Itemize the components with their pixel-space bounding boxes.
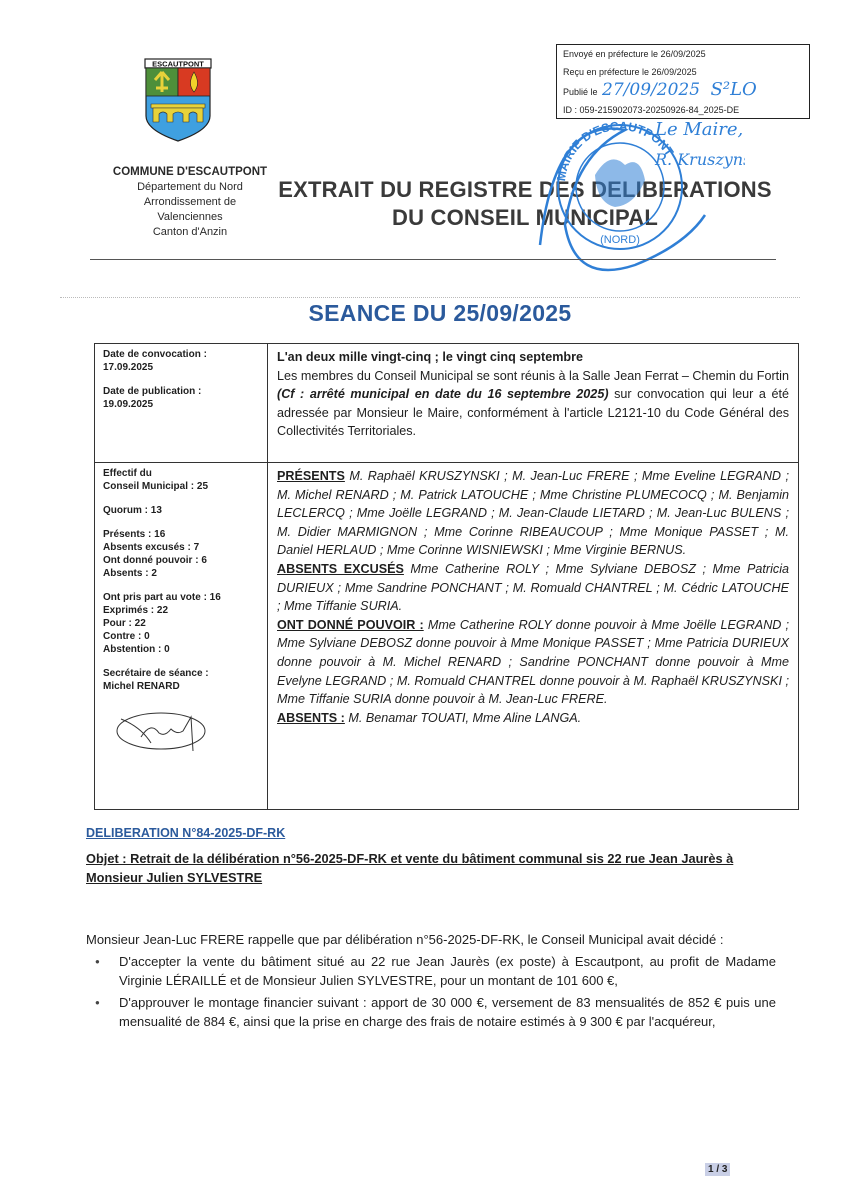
presents-list: PRÉSENTS M. Raphaël KRUSZYNSKI ; M. Jean… (277, 467, 789, 560)
members-lists: PRÉSENTS M. Raphaël KRUSZYNSKI ; M. Jean… (268, 463, 798, 809)
published-tag: S²LO (711, 79, 757, 100)
published-line: Publié le 27/09/2025 S²LO (563, 81, 809, 101)
commune-name: COMMUNE D'ESCAUTPONT (90, 165, 290, 180)
received-date: Reçu en préfecture le 26/09/2025 (563, 64, 809, 81)
svg-text:R. Kruszynski: R. Kruszynski (654, 150, 745, 169)
members-row: Effectif duConseil Municipal : 25 Quorum… (95, 462, 798, 809)
prefecture-receipt-box: Envoyé en préfecture le 26/09/2025 Reçu … (556, 44, 810, 119)
secretary-signature (111, 707, 211, 755)
commune-line: Canton d'Anzin (90, 225, 290, 240)
body-intro: Monsieur Jean-Luc FRERE rappelle que par… (86, 930, 776, 950)
deliberation-body: Monsieur Jean-Luc FRERE rappelle que par… (86, 930, 776, 1034)
coat-of-arms-logo: ESCAUTPONT (143, 58, 213, 142)
published-handwritten-date: 27/09/2025 (602, 80, 700, 100)
commune-line: Valenciennes (90, 210, 290, 225)
commune-line: Département du Nord (90, 180, 290, 195)
secretary-name: Michel RENARD (103, 681, 180, 692)
page-number: 1 / 3 (705, 1163, 730, 1176)
convocation-date: 17.09.2025 (103, 362, 153, 373)
list-item: D'accepter la vente du bâtiment situé au… (119, 952, 776, 991)
absent-list: ABSENTS : M. Benamar TOUATI, Mme Aline L… (277, 709, 789, 728)
attendance-table: Date de convocation :17.09.2025 Date de … (94, 343, 799, 810)
vote-summary: Effectif duConseil Municipal : 25 Quorum… (95, 463, 268, 809)
deliberation-number: DELIBERATION N°84-2025-DF-RK (86, 826, 285, 840)
svg-text:MAIRIE D'ESCAUTPONT: MAIRIE D'ESCAUTPONT (554, 119, 677, 182)
svg-text:Le Maire,: Le Maire, (654, 119, 743, 140)
sent-date: Envoyé en préfecture le 26/09/2025 (563, 45, 809, 64)
seance-preamble: L'an deux mille vingt-cinq ; le vingt ci… (268, 344, 798, 462)
document-title: EXTRAIT DU REGISTRE DES DELIBERATIONS DU… (270, 176, 780, 232)
seance-heading: SEANCE DU 25/09/2025 (90, 300, 790, 327)
excused-list: ABSENTS EXCUSÉS Mme Catherine ROLY ; Mme… (277, 560, 789, 616)
deliberation-subject: Objet : Retrait de la délibération n°56-… (86, 849, 786, 887)
convocation-dates: Date de convocation :17.09.2025 Date de … (95, 344, 268, 462)
svg-text:(NORD): (NORD) (600, 234, 640, 246)
proxy-list: ONT DONNÉ POUVOIR : Mme Catherine ROLY d… (277, 616, 789, 709)
svg-text:ESCAUTPONT: ESCAUTPONT (152, 60, 204, 69)
decision-list: D'accepter la vente du bâtiment situé au… (86, 952, 776, 1032)
header-divider (90, 259, 776, 260)
acte-id: ID : 059-215902073-20250926-84_2025-DE (563, 101, 809, 120)
convocation-row: Date de convocation :17.09.2025 Date de … (95, 344, 798, 462)
commune-line: Arrondissement de (90, 195, 290, 210)
publication-date: 19.09.2025 (103, 399, 153, 410)
dotted-divider (60, 297, 800, 298)
seance-date-text: L'an deux mille vingt-cinq ; le vingt ci… (277, 348, 789, 367)
commune-info: COMMUNE D'ESCAUTPONT Département du Nord… (90, 165, 290, 240)
list-item: D'approuver le montage financier suivant… (119, 993, 776, 1032)
